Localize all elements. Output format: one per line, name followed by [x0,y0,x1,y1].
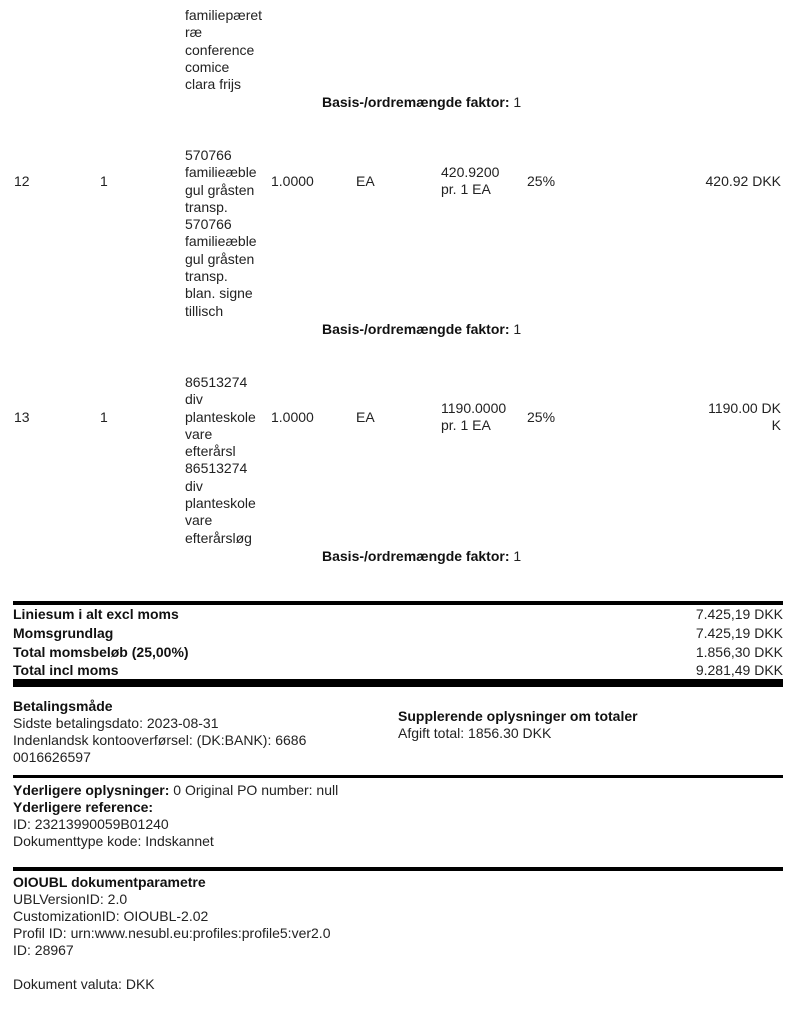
line-unit: EA [356,409,375,426]
total-label: Momsgrundlag [13,625,113,641]
supplementary-tax-total: Afgift total: 1856.30 DKK [398,725,638,742]
additional-info-value: 0 Original PO number: null [169,782,338,798]
factor-row: Basis-/ordremængde faktor: 1 [322,321,521,337]
line-amount: 1190.00 DK K [708,400,781,434]
factor-row: Basis-/ordremængde faktor: 1 [322,548,521,564]
payment-section: Betalingsmåde Sidste betalingsdato: 2023… [13,698,306,766]
total-value: 1.856,30 DKK [696,644,783,660]
total-value: 9.281,49 DKK [696,662,783,678]
oioubl-currency: Dokument valuta: DKK [13,976,330,993]
total-label: Total momsbeløb (25,00%) [13,644,189,660]
additional-section: Yderligere oplysninger: 0 Original PO nu… [13,782,338,850]
payment-account: 0016626597 [13,749,306,766]
factor-value: 1 [513,321,521,337]
oioubl-profile: Profil ID: urn:www.nesubl.eu:profiles:pr… [13,925,330,942]
line-unit: EA [356,173,375,190]
additional-id: ID: 23213990059B01240 [13,816,338,833]
line-vat: 25% [527,409,555,426]
line-price-unit: pr. 1 EA [441,181,491,198]
divider [13,601,783,605]
line-qty-ordered: 1 [100,173,108,190]
oioubl-customization: CustomizationID: OIOUBL-2.02 [13,908,330,925]
supplementary-section: Supplerende oplysninger om totaler Afgif… [398,708,638,742]
total-row: Liniesum i alt excl moms 7.425,19 DKK [13,606,783,625]
line-quantity: 1.0000 [271,173,314,190]
factor-label: Basis-/ordremængde faktor: [322,548,509,564]
total-label: Liniesum i alt excl moms [13,606,179,622]
factor-label: Basis-/ordremængde faktor: [322,321,509,337]
total-label: Total incl moms [13,662,119,678]
divider [13,867,783,871]
factor-value: 1 [513,94,521,110]
factor-label: Basis-/ordremængde faktor: [322,94,509,110]
payment-heading: Betalingsmåde [13,698,306,715]
line-description: 86513274 div planteskole vare efterårsl … [185,374,256,547]
line-price: 420.9200 [441,164,499,181]
line-quantity: 1.0000 [271,409,314,426]
total-row: Total momsbeløb (25,00%) 1.856,30 DKK [13,644,783,663]
line-description: 570766 familieæble gul gråsten transp. 5… [185,147,257,320]
total-value: 7.425,19 DKK [696,625,783,641]
factor-row: Basis-/ordremængde faktor: 1 [322,94,521,110]
line-number: 13 [14,409,30,426]
line-number: 12 [14,173,30,190]
additional-info-label: Yderligere oplysninger: [13,782,169,798]
line-vat: 25% [527,173,555,190]
line-description: familiepæret ræ conference comice clara … [185,7,262,93]
supplementary-heading: Supplerende oplysninger om totaler [398,708,638,725]
oioubl-section: OIOUBL dokumentparametre UBLVersionID: 2… [13,874,330,993]
payment-due-date: Sidste betalingsdato: 2023-08-31 [13,715,306,732]
additional-reference-label: Yderligere reference: [13,799,338,816]
divider [13,775,783,778]
line-price: 1190.0000 [441,400,506,417]
line-amount: 420.92 DKK [706,173,782,190]
oioubl-id: ID: 28967 [13,942,330,959]
divider [13,679,783,687]
payment-transfer: Indenlandsk kontooverførsel: (DK:BANK): … [13,732,306,749]
total-row: Momsgrundlag 7.425,19 DKK [13,625,783,644]
additional-doctype: Dokumenttype kode: Indskannet [13,833,338,850]
oioubl-heading: OIOUBL dokumentparametre [13,874,330,891]
total-value: 7.425,19 DKK [696,606,783,622]
factor-value: 1 [513,548,521,564]
line-qty-ordered: 1 [100,409,108,426]
oioubl-ubl-version: UBLVersionID: 2.0 [13,891,330,908]
line-price-unit: pr. 1 EA [441,417,491,434]
